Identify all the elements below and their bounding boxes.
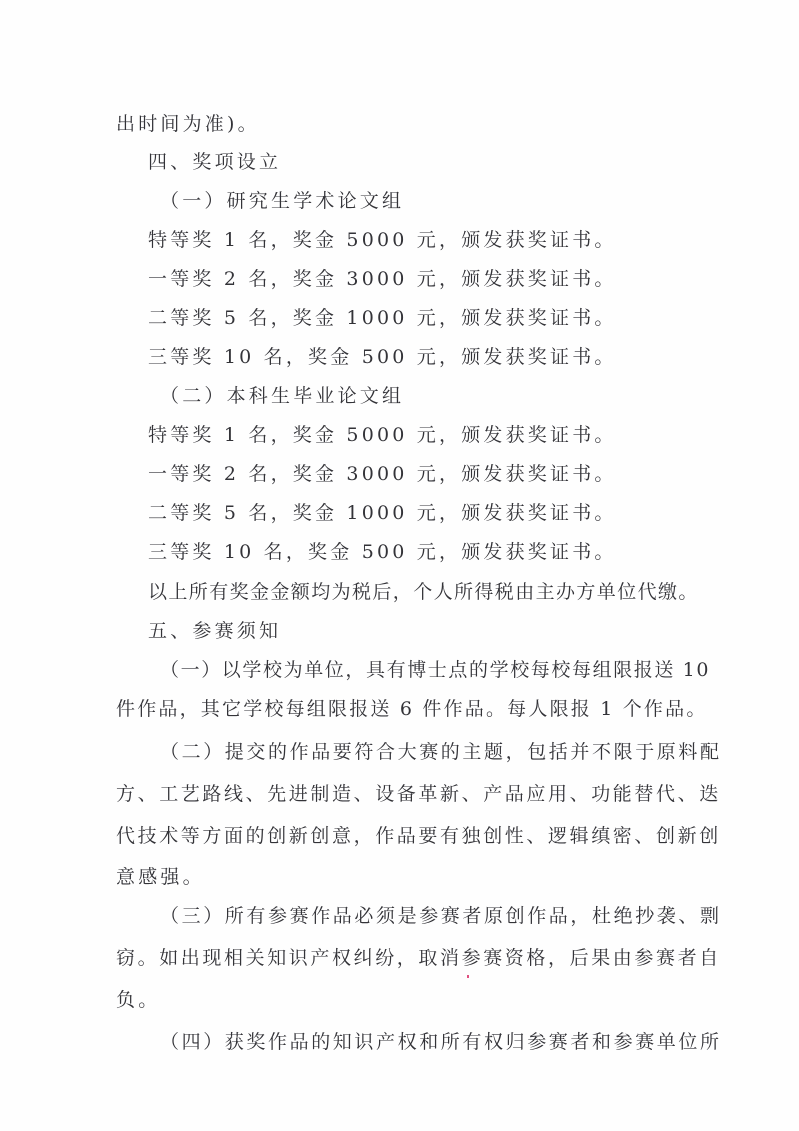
tax-note: 以上所有奖金金额均为税后，个人所得税由主办方单位代缴。 xyxy=(148,580,699,604)
paragraph-line: 意感强。 xyxy=(116,865,205,889)
section-heading-awards: 四、奖项设立 xyxy=(148,150,281,174)
scan-speck xyxy=(467,975,469,978)
award-line: 一等奖 2 名，奖金 3000 元，颁发获奖证书。 xyxy=(148,267,617,291)
paragraph-line: 件作品，其它学校每组限报送 6 件作品。每人限报 1 个作品。 xyxy=(116,697,708,721)
paragraph-line: （四）获奖作品的知识产权和所有权归参赛者和参赛单位所 xyxy=(160,1030,722,1054)
award-line: 特等奖 1 名，奖金 5000 元，颁发获奖证书。 xyxy=(148,423,617,447)
section-heading-participation: 五、参赛须知 xyxy=(148,619,281,643)
award-line: 二等奖 5 名，奖金 1000 元，颁发获奖证书。 xyxy=(148,306,617,330)
award-line: 三等奖 10 名，奖金 500 元，颁发获奖证书。 xyxy=(148,345,617,369)
paragraph-line: 负。 xyxy=(116,988,160,1012)
document-page: 出时间为准)。 四、奖项设立 （一）研究生学术论文组 特等奖 1 名，奖金 50… xyxy=(0,0,799,1131)
paragraph-line: 方、工艺路线、先进制造、设备革新、产品应用、功能替代、迭 xyxy=(116,782,721,806)
award-line: 特等奖 1 名，奖金 5000 元，颁发获奖证书。 xyxy=(148,228,617,252)
paragraph-line: （三）所有参赛作品必须是参赛者原创作品，杜绝抄袭、剽 xyxy=(160,904,722,928)
paragraph-line: （二）提交的作品要符合大赛的主题，包括并不限于原料配 xyxy=(160,740,722,764)
paragraph-line: （一）以学校为单位，具有博士点的学校每校每组限报送 10 xyxy=(160,658,710,682)
award-line: 二等奖 5 名，奖金 1000 元，颁发获奖证书。 xyxy=(148,501,617,525)
award-line: 一等奖 2 名，奖金 3000 元，颁发获奖证书。 xyxy=(148,462,617,486)
subsection-heading-undergraduate: （二）本科生毕业论文组 xyxy=(160,384,404,408)
paragraph-continuation: 出时间为准)。 xyxy=(116,112,260,136)
paragraph-line: 代技术等方面的创新创意，作品要有独创性、逻辑缜密、创新创 xyxy=(116,824,721,848)
award-line: 三等奖 10 名，奖金 500 元，颁发获奖证书。 xyxy=(148,540,617,564)
subsection-heading-graduate: （一）研究生学术论文组 xyxy=(160,189,404,213)
paragraph-line: 窃。如出现相关知识产权纠纷，取消参赛资格，后果由参赛者自 xyxy=(116,946,721,970)
